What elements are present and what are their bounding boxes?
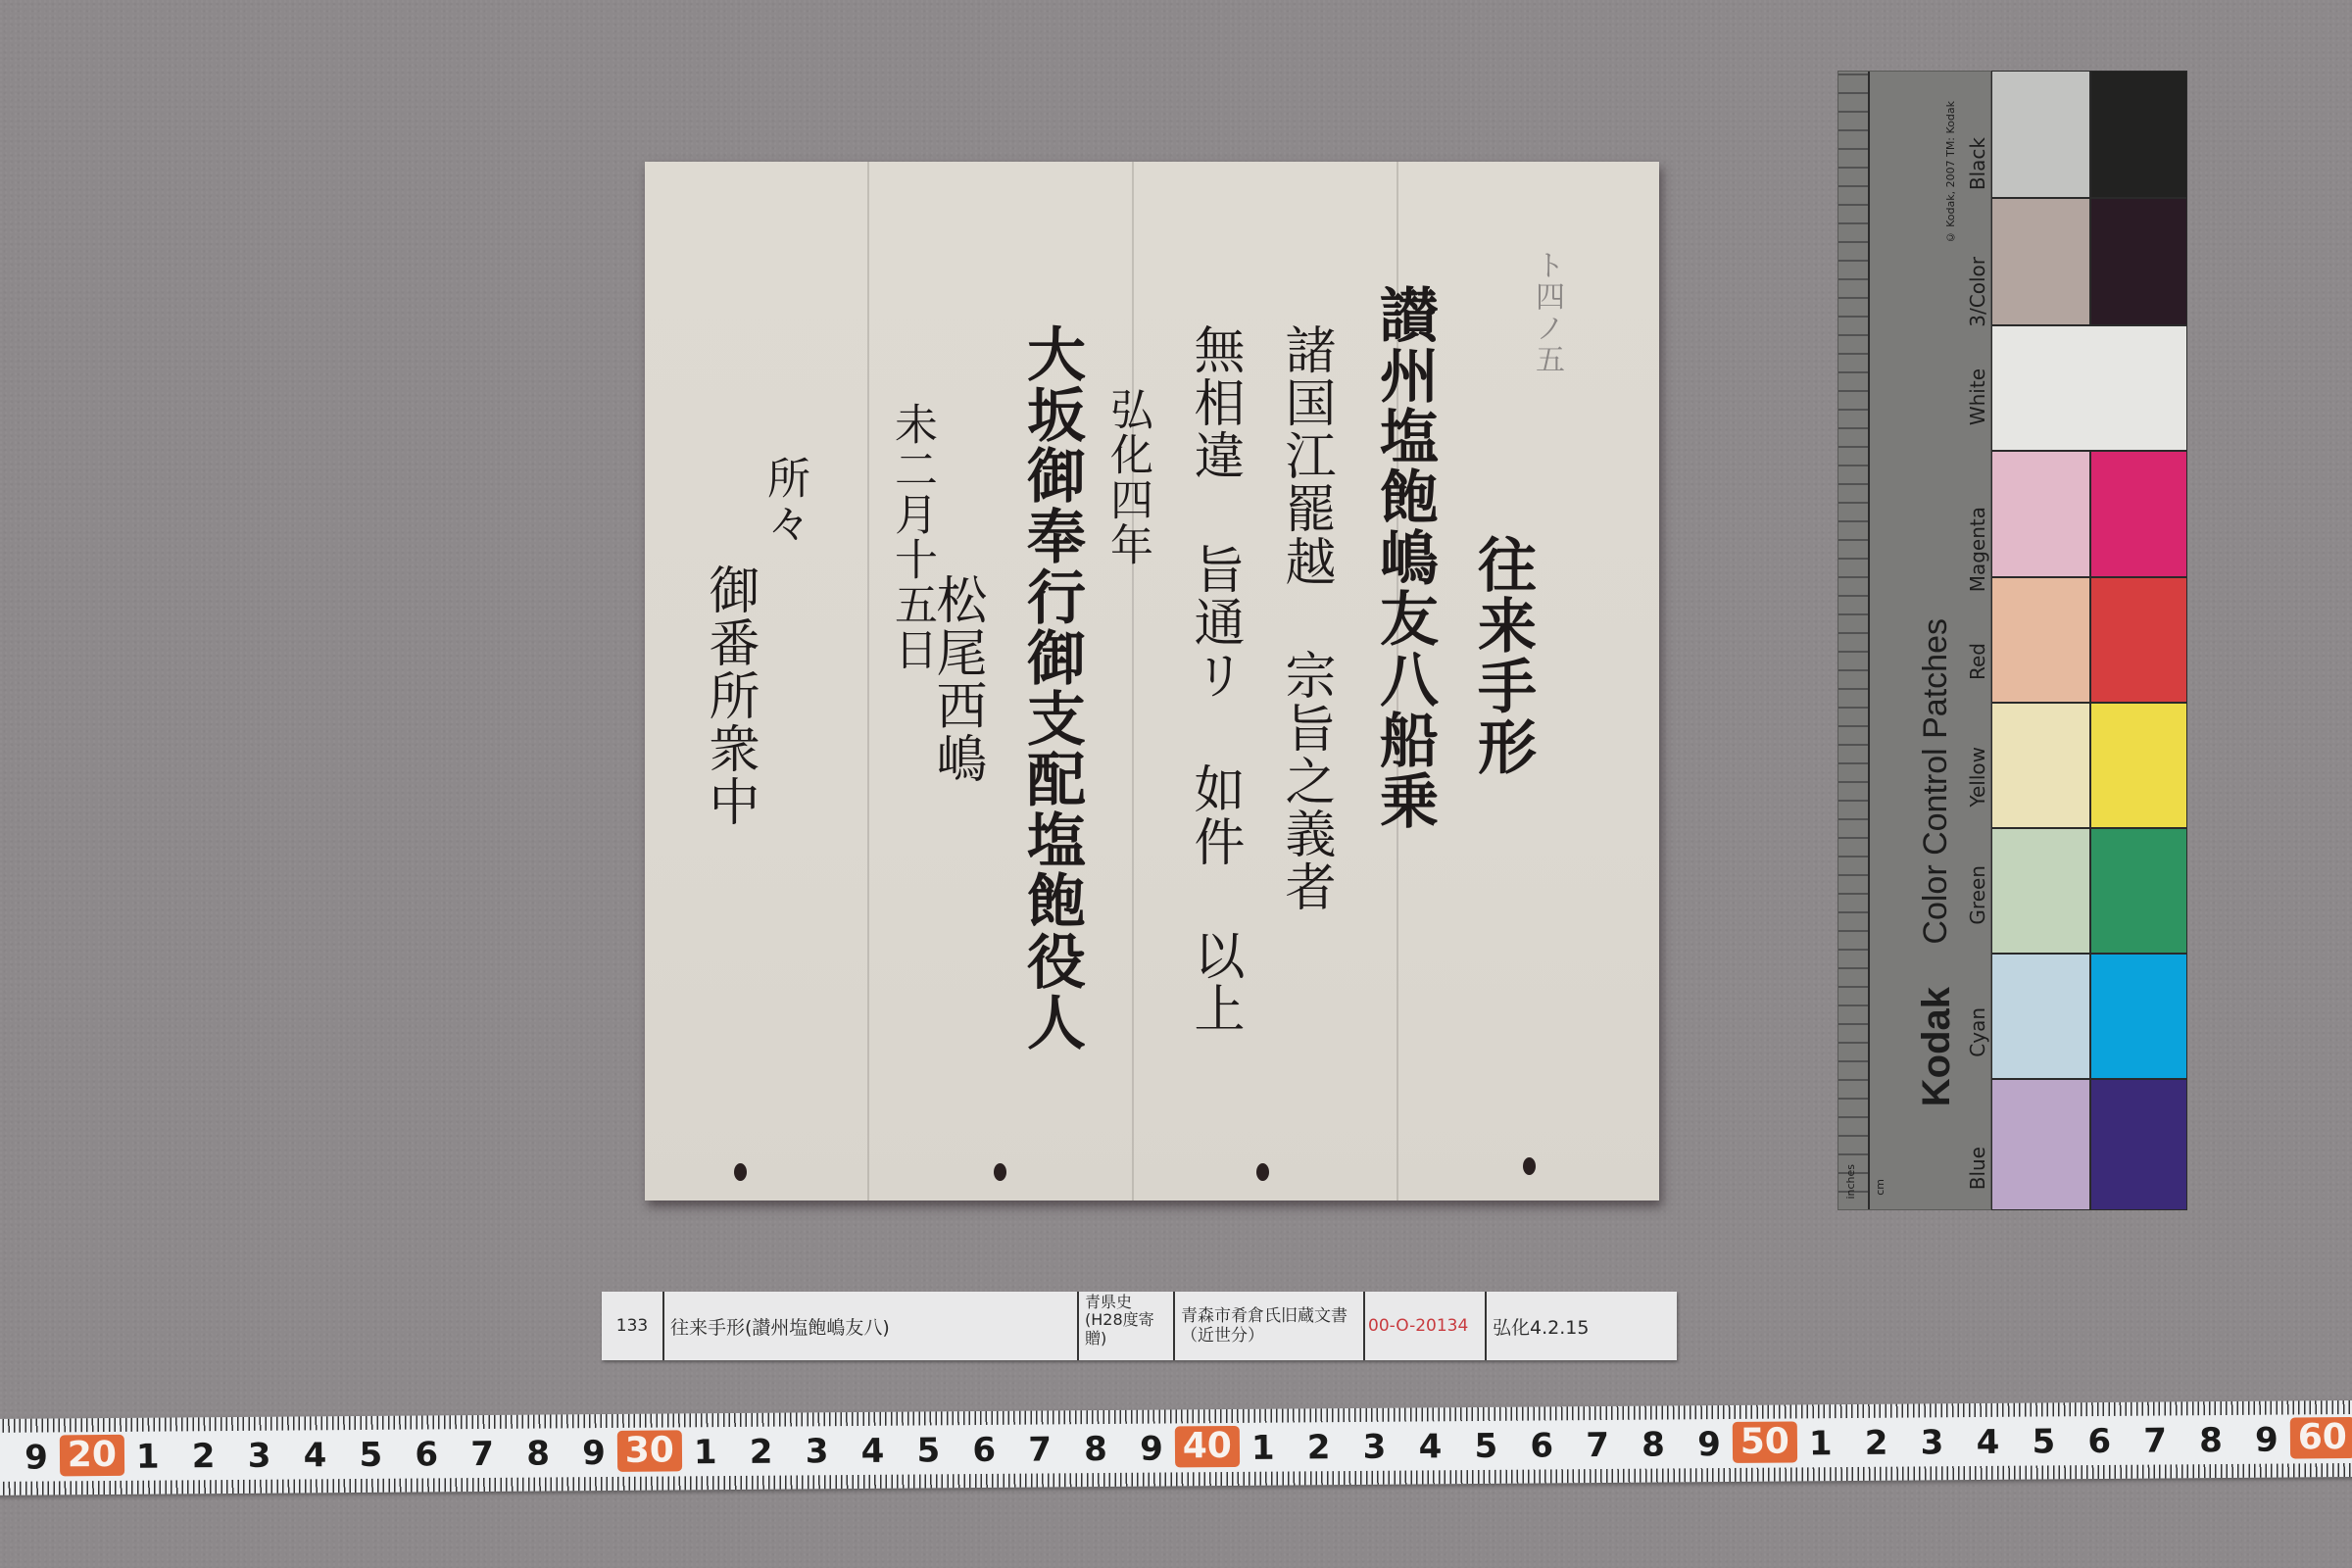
- patch-3color-dark: [2090, 198, 2187, 325]
- kodak-product-name: Color Control Patches: [1917, 618, 1955, 945]
- date-column: 未二月十五日: [890, 402, 933, 672]
- measuring-tape: 9201234567893012345678940123456789501234…: [0, 1400, 2352, 1495]
- tape-cm-label: 4: [1410, 1427, 1449, 1466]
- tape-cm-label: 1: [1801, 1424, 1840, 1463]
- tape-cm-label: 2: [184, 1437, 223, 1476]
- addressee-column-1: 所々: [762, 456, 806, 546]
- tape-major-label: 40: [1175, 1426, 1240, 1468]
- patch-cyan-dark: [2090, 954, 2187, 1079]
- binding-hole: [1256, 1163, 1269, 1181]
- tape-cm-label: 5: [908, 1431, 948, 1470]
- fold-line: [867, 162, 869, 1200]
- pencil-notation: ト四ノ五: [1532, 250, 1561, 375]
- tape-cm-label: 9: [1132, 1429, 1171, 1468]
- tape-cm-label: 6: [1522, 1426, 1561, 1465]
- patch-cyan-light: [1991, 954, 2090, 1079]
- binding-hole: [734, 1163, 747, 1181]
- kodak-brand: Kodak: [1915, 987, 1959, 1106]
- tape-cm-label: 9: [17, 1438, 56, 1477]
- era-column: 弘化四年: [1105, 387, 1149, 567]
- patch-red-light: [1991, 577, 2090, 703]
- patch-label-magenta: Magenta: [1966, 507, 1989, 592]
- addressee-column-2: 御番所衆中: [704, 563, 755, 828]
- tape-cm-label: 4: [1968, 1423, 2007, 1462]
- patch-label-black: Black: [1966, 137, 1989, 190]
- patch-black-light: [1991, 71, 2090, 198]
- patch-black-dark: [2090, 71, 2187, 198]
- tape-major-label: 30: [617, 1430, 682, 1472]
- tape-cm-label: 4: [295, 1436, 334, 1475]
- tape-cm-label: 7: [2135, 1421, 2175, 1460]
- tape-cm-label: 6: [407, 1435, 446, 1474]
- tape-cm-label: 9: [574, 1434, 613, 1473]
- tape-cm-label: 3: [1354, 1428, 1394, 1467]
- patch-label-blue: Blue: [1966, 1147, 1989, 1190]
- tape-cm-label: 3: [1912, 1423, 1951, 1462]
- tape-cm-label: 5: [2024, 1422, 2063, 1461]
- tape-cm-label: 2: [1298, 1428, 1338, 1467]
- tape-cm-label: 8: [2191, 1421, 2230, 1460]
- tape-cm-label: 5: [351, 1436, 390, 1475]
- document-title-column: 往来手形: [1473, 534, 1532, 777]
- patch-yellow-light: [1991, 703, 2090, 828]
- patch-red-dark: [2090, 577, 2187, 703]
- patch-label-yellow: Yellow: [1966, 747, 1989, 808]
- patch-green-light: [1991, 828, 2090, 954]
- patch-yellow-dark: [2090, 703, 2187, 828]
- tape-cm-label: 8: [1076, 1430, 1115, 1469]
- tape-cm-label: 9: [1690, 1425, 1729, 1464]
- catalog-label: 133 往来手形(讃州塩飽嶋友八) 青県史(H28度寄贈) 青森市肴倉氏旧蔵文書…: [602, 1292, 1677, 1360]
- historical-document: ト四ノ五 往来手形 讃州塩飽嶋友八船乗 諸国江罷越 宗旨之義者 無相違 旨通リ …: [645, 162, 1659, 1200]
- binding-hole: [1523, 1157, 1536, 1175]
- catalog-date: 弘化4.2.15: [1487, 1292, 1677, 1360]
- tape-cm-label: 3: [239, 1437, 278, 1476]
- catalog-number: 133: [602, 1292, 664, 1360]
- issuer-name-column: 松尾西嶋: [931, 573, 982, 785]
- tape-cm-label: 1: [686, 1433, 725, 1472]
- patch-green-dark: [2090, 828, 2187, 954]
- tape-cm-label: 2: [742, 1433, 781, 1472]
- scale-divider: [1868, 72, 1870, 1209]
- tape-major-label: 20: [60, 1435, 124, 1477]
- patch-blue-light: [1991, 1079, 2090, 1210]
- patch-white: [1991, 325, 2187, 451]
- kodak-copyright: © Kodak, 2007 TM: Kodak: [1944, 101, 1957, 243]
- kodak-color-control-card: inches cm Kodak Color Control Patches © …: [1837, 71, 2187, 1210]
- tape-cm-label: 6: [2080, 1422, 2119, 1461]
- tape-major-label: 50: [1733, 1421, 1797, 1463]
- tape-cm-label: 3: [797, 1432, 836, 1471]
- inches-unit-label: inches: [1844, 1164, 1857, 1200]
- catalog-collection: 青森市肴倉氏旧蔵文書（近世分）: [1175, 1292, 1365, 1360]
- body-column-3: 無相違 旨通リ 如件 以上: [1189, 323, 1240, 1035]
- catalog-source: 青県史(H28度寄贈): [1079, 1292, 1175, 1360]
- catalog-title: 往来手形(讃州塩飽嶋友八): [664, 1292, 1079, 1360]
- binding-hole: [994, 1163, 1006, 1181]
- catalog-id: 00-O-20134: [1365, 1292, 1487, 1360]
- fold-line: [1132, 162, 1134, 1200]
- kodak-grey-panel: inches cm Kodak Color Control Patches © …: [1837, 71, 1991, 1210]
- patch-magenta-dark: [2090, 451, 2187, 577]
- tape-cm-label: 5: [1466, 1427, 1505, 1466]
- patch-label-white: White: [1966, 368, 1989, 425]
- tape-cm-label: 2: [1856, 1424, 1895, 1463]
- patch-label-red: Red: [1966, 643, 1989, 680]
- tape-cm-label: 7: [463, 1435, 502, 1474]
- tape-cm-label: 6: [964, 1431, 1004, 1470]
- tape-cm-label: 1: [1244, 1429, 1283, 1468]
- tape-cm-label: 9: [2247, 1421, 2286, 1460]
- body-column-1: 讃州塩飽嶋友八船乗: [1375, 284, 1434, 831]
- patch-blue-dark: [2090, 1079, 2187, 1210]
- inch-scale: [1838, 72, 1868, 1209]
- patch-label-cyan: Cyan: [1966, 1007, 1989, 1057]
- body-column-2: 諸国江罷越 宗旨之義者: [1280, 323, 1331, 913]
- tape-cm-label: 7: [1020, 1430, 1059, 1469]
- issuer-column: 大坂御奉行御支配塩飽役人: [1022, 323, 1081, 1053]
- tape-cm-label: 8: [518, 1434, 558, 1473]
- patch-label-green: Green: [1966, 865, 1989, 925]
- tape-cm-label: 1: [128, 1438, 168, 1477]
- patch-label-3color: 3/Color: [1966, 257, 1989, 327]
- tape-cm-label: 7: [1578, 1426, 1617, 1465]
- patch-magenta-light: [1991, 451, 2090, 577]
- tape-major-label: 60: [2290, 1417, 2352, 1459]
- tape-cm-label: 4: [853, 1432, 892, 1471]
- tape-cm-label: 8: [1634, 1425, 1673, 1464]
- patch-3color-light: [1991, 198, 2090, 325]
- cm-unit-label: cm: [1874, 1179, 1886, 1196]
